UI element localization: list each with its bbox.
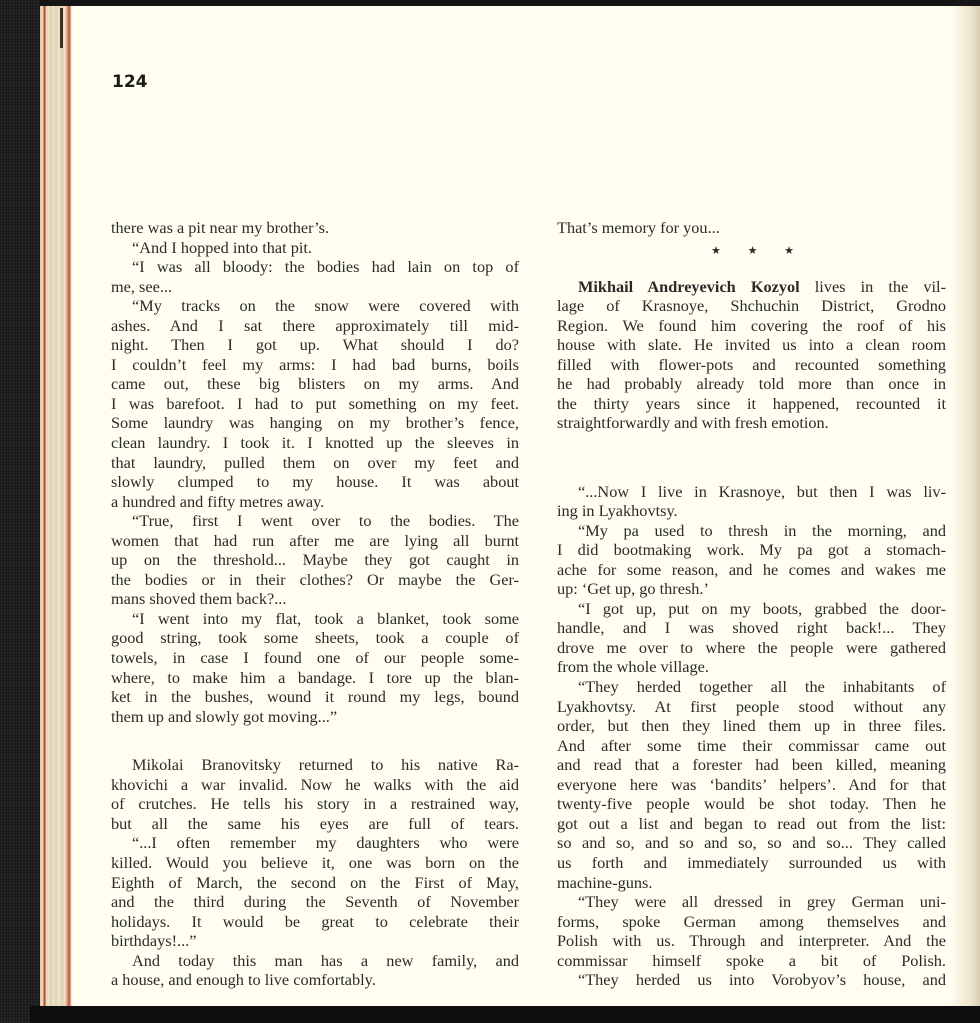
text-line: “...I often remember my daughters who we… [111,833,519,853]
paragraph-gap [557,433,946,462]
text-line: me, see... [111,277,519,297]
background-bottom [30,1006,980,1023]
text-line: the thirty years since it happened, reco… [557,394,946,414]
text-line: And today this man has a new family, and [111,951,519,971]
intro-paragraph: lage of Krasnoye, Shchuchin District, Gr… [557,296,946,433]
section-break-stars: ★ ★ ★ [557,238,946,258]
text-line: Eighth of March, the second on the First… [111,873,519,893]
left-column: there was a pit near my brother’s.“And I… [111,218,519,990]
text-line: Region. We found him covering the roof o… [557,316,946,336]
text-line: khovichi a war invalid. Now he walks wit… [111,775,519,795]
text-line: machine-guns. [557,873,946,893]
book-cover-edge [0,0,40,1023]
text-line: I couldn’t feel my arms: I had bad burns… [111,355,519,375]
text-line: I was barefoot. I had to put something o… [111,394,519,414]
text-line: but all the same his eyes are full of te… [111,814,519,834]
text-line: them up and slowly got moving...” [111,707,519,727]
text-line: clean laundry. I took it. I knotted up t… [111,433,519,453]
text-line: holidays. It would be great to celebrate… [111,912,519,932]
text-line: “True, first I went over to the bodies. … [111,511,519,531]
text-line: filled with flower-pots and recounted so… [557,355,946,375]
text-line: us forth and immediately surrounded us w… [557,853,946,873]
text-line: of crutches. He tells his story in a res… [111,794,519,814]
text-line: “They herded together all the inhabitant… [557,677,946,697]
text-line: birthdays!...” [111,931,519,951]
text-line: ache for some reason, and he comes and w… [557,560,946,580]
page-gutter-shadow [950,6,980,1008]
text-line: forms, spoke German among themselves and [557,912,946,932]
right-text-block: “...Now I live in Krasnoye, but then I w… [557,482,946,990]
text-line: “My tracks on the snow were covered with [111,296,519,316]
text-line: he had probably already told more than o… [557,374,946,394]
text-line: ashes. And I sat there approximately til… [111,316,519,336]
text-line: a hundred and fifty metres away. [111,492,519,512]
page-stack-edges [40,6,72,1008]
text-line: everyone here was ‘bandits’ helpers’. An… [557,775,946,795]
text-line: women that had run after me are lying al… [111,531,519,551]
text-line: the bodies or in their clothes? Or maybe… [111,570,519,590]
text-line: straightforwardly and with fresh emotion… [557,413,946,433]
text-line: night. Then I got up. What should I do? [111,335,519,355]
text-line: “...Now I live in Krasnoye, but then I w… [557,482,946,502]
intro-line: That’s memory for you... [557,218,946,238]
intro-first-line-rest: lives in the vil- [800,277,946,296]
person-name: Mikhail Andreyevich Kozyol [578,277,800,296]
text-line: towels, in case I found one of our peopl… [111,648,519,668]
paragraph-gap [557,257,946,277]
left-text-block-1: there was a pit near my brother’s.“And I… [111,218,519,726]
text-line: commissar himself spoke a bit of Polish. [557,951,946,971]
text-line: Mikolai Branovitsky returned to his nati… [111,755,519,775]
text-line: house with slate. He invited us into a c… [557,335,946,355]
intro-first-line: Mikhail Andreyevich Kozyol lives in the … [557,277,946,297]
text-line: lage of Krasnoye, Shchuchin District, Gr… [557,296,946,316]
text-line: Lyakhovtsy. At first people stood withou… [557,697,946,717]
text-line: so and so, and so and so, so and so... T… [557,833,946,853]
text-line: up: ‘Get up, go thresh.’ [557,579,946,599]
text-line: I did bootmaking work. My pa got a stoma… [557,540,946,560]
text-line: mans shoved them back?... [111,589,519,609]
text-line: “They herded us into Vorobyov’s house, a… [557,970,946,990]
text-line: killed. Would you believe it, one was bo… [111,853,519,873]
text-line: and the third during the Seventh of Nove… [111,892,519,912]
text-line: came out, these big blisters on my arms.… [111,374,519,394]
text-line: handle, and I was shoved right back!... … [557,618,946,638]
text-line: there was a pit near my brother’s. [111,218,519,238]
text-line: good string, took some sheets, took a co… [111,628,519,648]
paragraph-gap [557,462,946,482]
text-line: that laundry, pulled them on over my fee… [111,453,519,473]
text-line: “They were all dressed in grey German un… [557,892,946,912]
text-line: “My pa used to thresh in the morning, an… [557,521,946,541]
text-line: Polish with us. Through and interpreter.… [557,931,946,951]
text-line: slowly clumped to my house. It was about [111,472,519,492]
text-line: “And I hopped into that pit. [111,238,519,258]
text-line: where, to make him a bandage. I tore up … [111,668,519,688]
text-line: drove me over to where the people were g… [557,638,946,658]
text-line: “I was all bloody: the bodies had lain o… [111,257,519,277]
text-line: “I got up, put on my boots, grabbed the … [557,599,946,619]
text-line: got out a list and began to read out fro… [557,814,946,834]
paragraph-gap [111,726,519,755]
text-line: from the whole village. [557,657,946,677]
text-line: Some laundry was hanging on my brother’s… [111,413,519,433]
page-number: 124 [112,72,148,92]
text-line: a house, and enough to live comfortably. [111,970,519,990]
text-line: ket in the bushes, wound it round my leg… [111,687,519,707]
text-line: and read that a forester had been killed… [557,755,946,775]
text-line: And after some time their commissar came… [557,736,946,756]
bookmark-ribbon [60,8,63,48]
text-line: ing in Lyakhovtsy. [557,501,946,521]
left-text-block-2: Mikolai Branovitsky returned to his nati… [111,755,519,990]
text-line: twenty-five people would be shot today. … [557,794,946,814]
text-line: up on the threshold... Maybe they got ca… [111,550,519,570]
text-line: “I went into my flat, took a blanket, to… [111,609,519,629]
text-line: order, but then they lined them up in th… [557,716,946,736]
right-column: That’s memory for you... ★ ★ ★ Mikhail A… [557,218,946,990]
